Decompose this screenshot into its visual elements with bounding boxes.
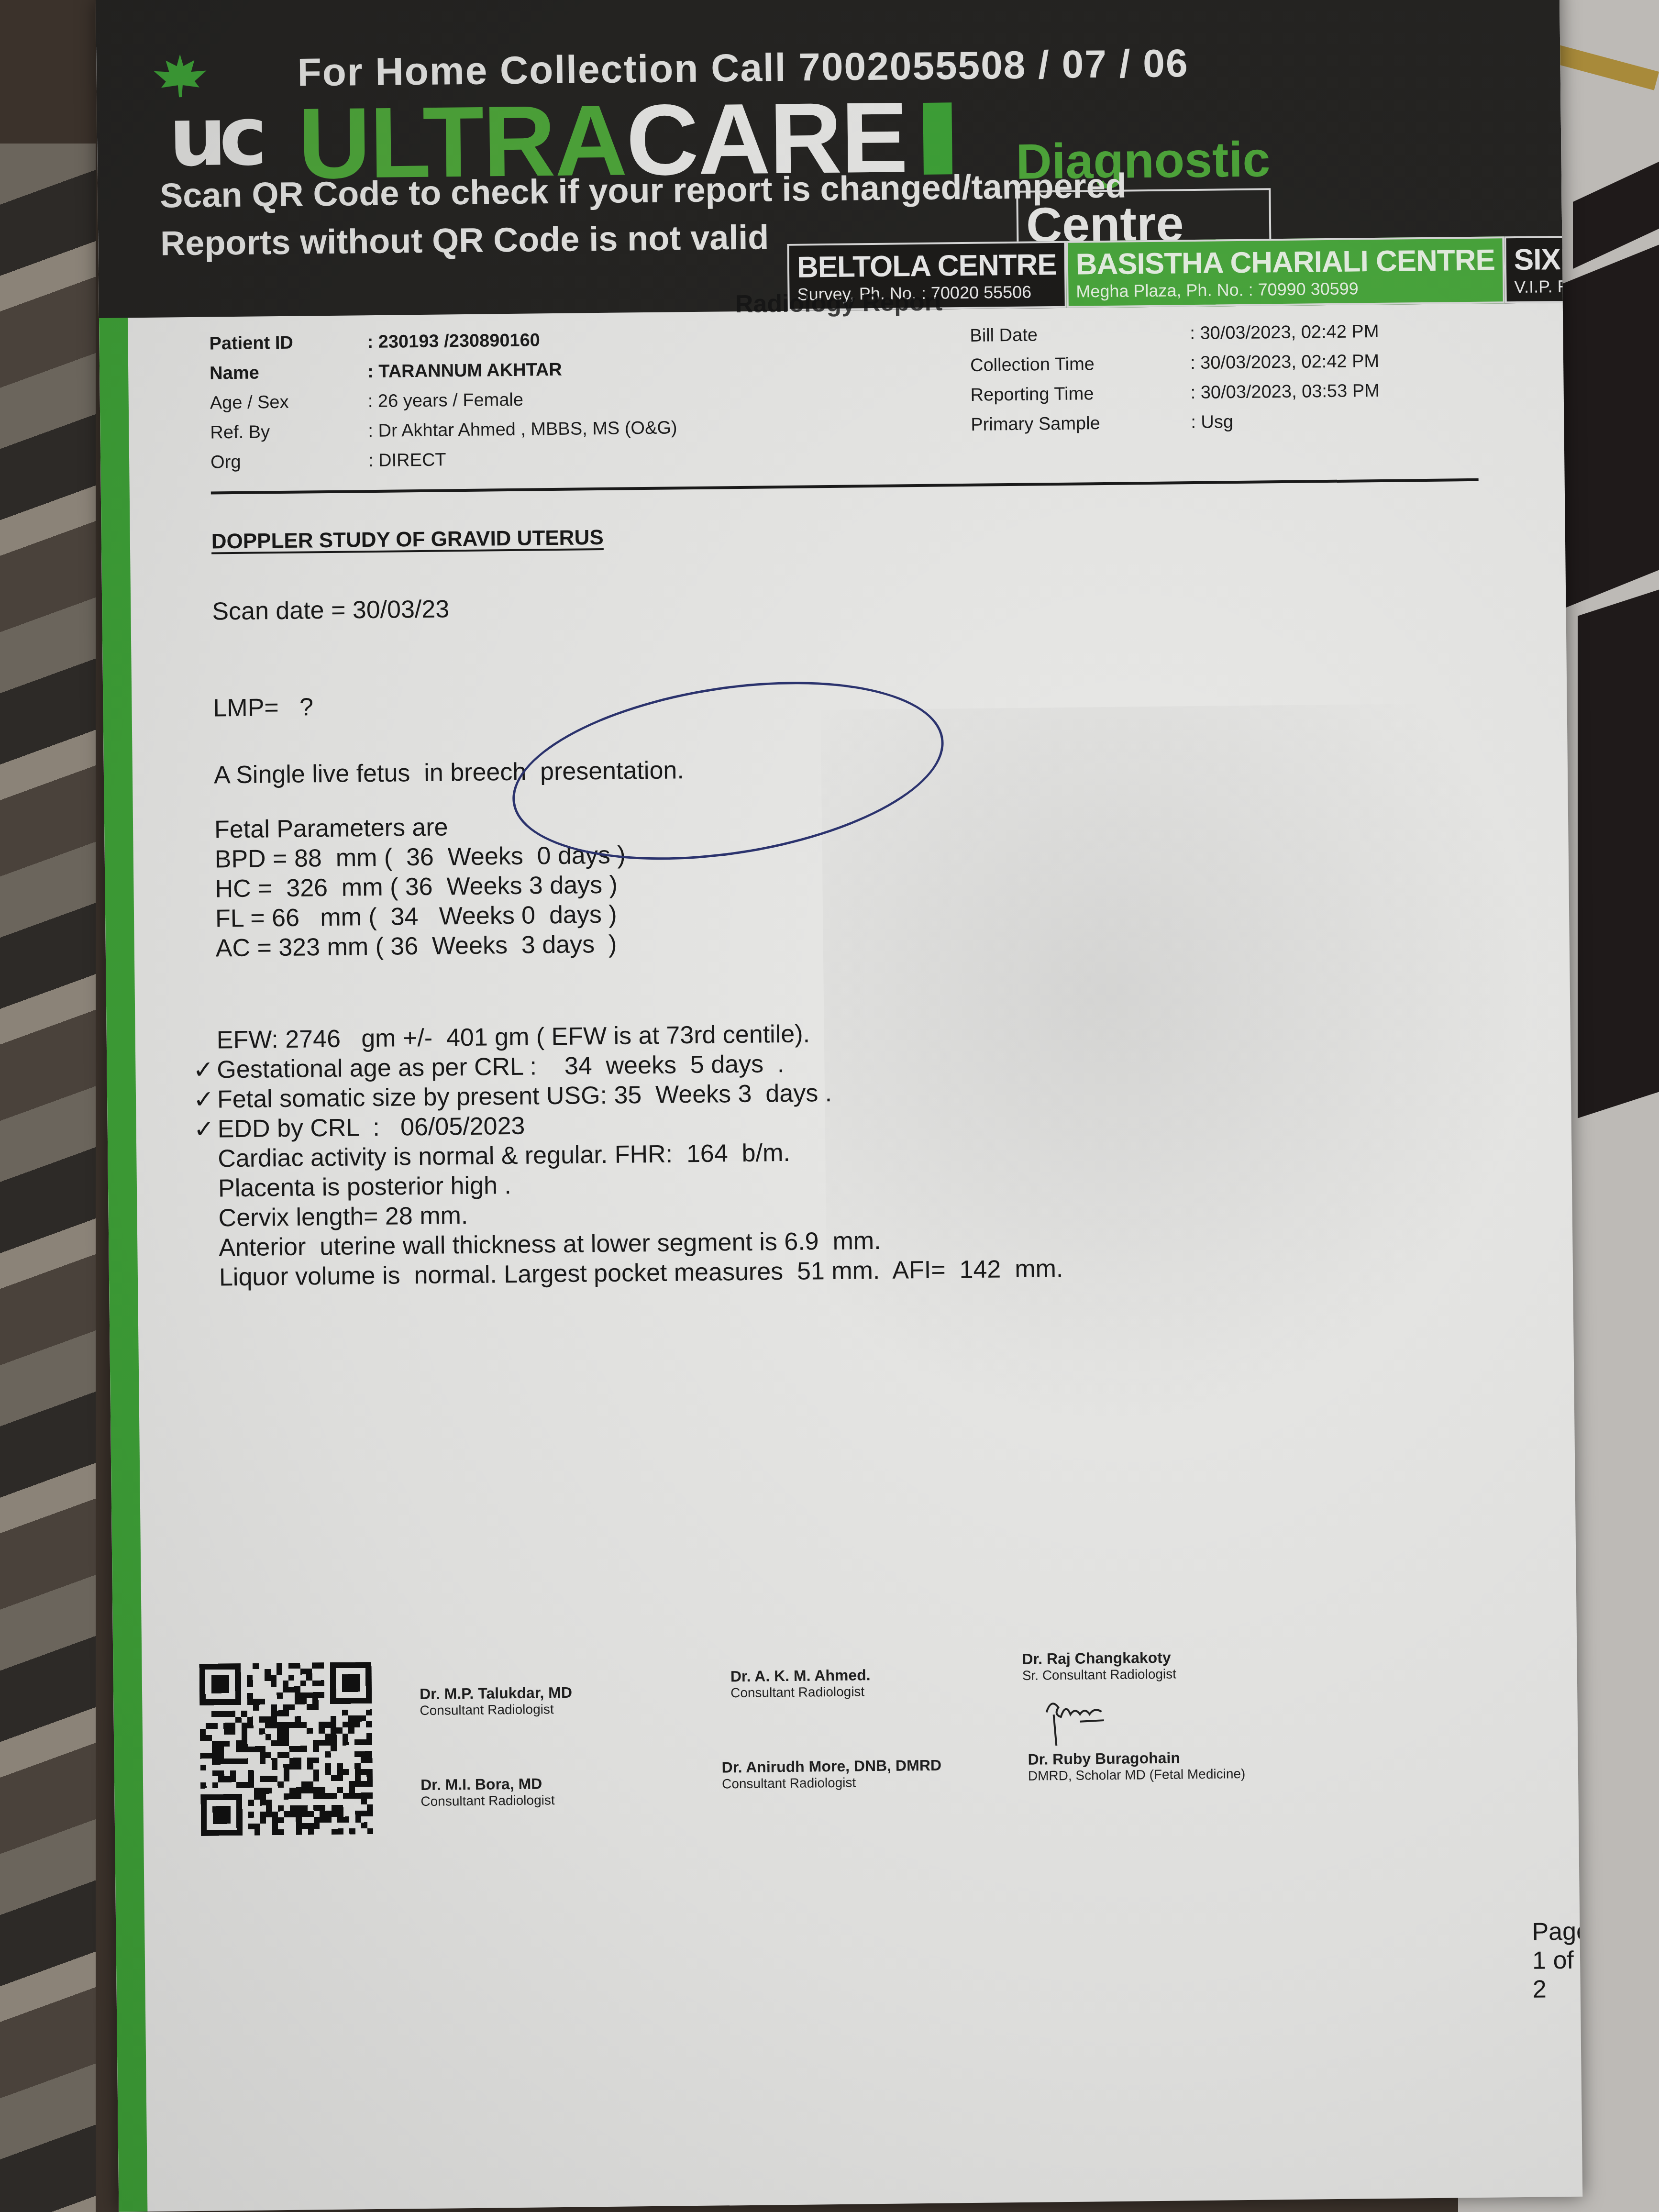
centre-basistha-chariali: BASISTHA CHARIALI CENTRE Megha Plaza, Ph…	[1066, 236, 1505, 308]
qr-validity-note: Reports without QR Code is not valid	[160, 218, 769, 263]
patient-info-left: Patient ID: 230193 /230890160 Name: TARA…	[209, 324, 677, 477]
info-row-name: Name: TARANNUM AKHTAR	[210, 354, 677, 388]
signature-icon	[1037, 1692, 1133, 1751]
info-row-ref-by: Ref. By: Dr Akhtar Ahmed , MBBS, MS (O&G…	[210, 413, 677, 447]
report-body: DOPPLER STUDY OF GRAVID UTERUS Scan date…	[211, 517, 1463, 1292]
info-row-age-sex: Age / Sex: 26 years / Female	[210, 383, 677, 418]
doctor-raj-changkakoty: Dr. Raj Changkakoty Sr. Consultant Radio…	[1022, 1649, 1176, 1683]
patient-info: Patient ID: 230193 /230890160 Name: TARA…	[209, 316, 1478, 495]
doctor-ruby-buragohain: Dr. Ruby Buragohain DMRD, Scholar MD (Fe…	[1028, 1748, 1245, 1784]
qr-code[interactable]	[199, 1662, 373, 1836]
background-cloth	[0, 144, 96, 2212]
uc-logo: uc	[168, 89, 260, 185]
doctor-bora: Dr. M.I. Bora, MD Consultant Radiologist	[420, 1775, 555, 1809]
doctor-anirudh-more: Dr. Anirudh More, DNB, DMRD Consultant R…	[722, 1757, 942, 1792]
report-type-ghost-text: Radiology Report	[735, 288, 942, 319]
doctor-talukdar: Dr. M.P. Talukdar, MD Consultant Radiolo…	[420, 1684, 573, 1718]
info-row-patient-id: Patient ID: 230193 /230890160	[209, 324, 676, 358]
info-row-primary-sample: Primary Sample: Usg	[971, 406, 1380, 440]
info-row-bill-date: Bill Date: 30/03/2023, 02:42 PM	[970, 317, 1379, 351]
check-mark-icon: ✓	[193, 1114, 218, 1144]
report-sheet: uc For Home Collection Call 7002055508 /…	[96, 0, 1582, 2212]
letterhead: uc For Home Collection Call 7002055508 /…	[96, 0, 1563, 318]
check-mark-icon: ✓	[193, 1084, 218, 1115]
patient-info-right: Bill Date: 30/03/2023, 02:42 PM Collecti…	[970, 317, 1380, 440]
info-row-collection-time: Collection Time: 30/03/2023, 02:42 PM	[970, 346, 1380, 380]
doctor-akm-ahmed: Dr. A. K. M. Ahmed. Consultant Radiologi…	[730, 1666, 871, 1701]
ultrasound-print	[1578, 589, 1659, 1118]
check-mark-icon: ✓	[193, 1055, 217, 1085]
info-row-reporting-time: Reporting Time: 30/03/2023, 03:53 PM	[970, 376, 1380, 410]
scan-date: Scan date = 30/03/23	[212, 584, 1456, 626]
presentation: A Single live fetus in breech presentati…	[214, 747, 1458, 790]
lmp: LMP= ?	[213, 680, 1457, 723]
report-title: DOPPLER STUDY OF GRAVID UTERUS	[211, 517, 1455, 553]
page-number: Page 1 of 2	[1532, 1917, 1582, 2004]
green-margin-bar	[99, 315, 148, 2212]
info-row-org: Org: DIRECT	[210, 442, 678, 477]
brand-block-icon	[923, 102, 952, 175]
